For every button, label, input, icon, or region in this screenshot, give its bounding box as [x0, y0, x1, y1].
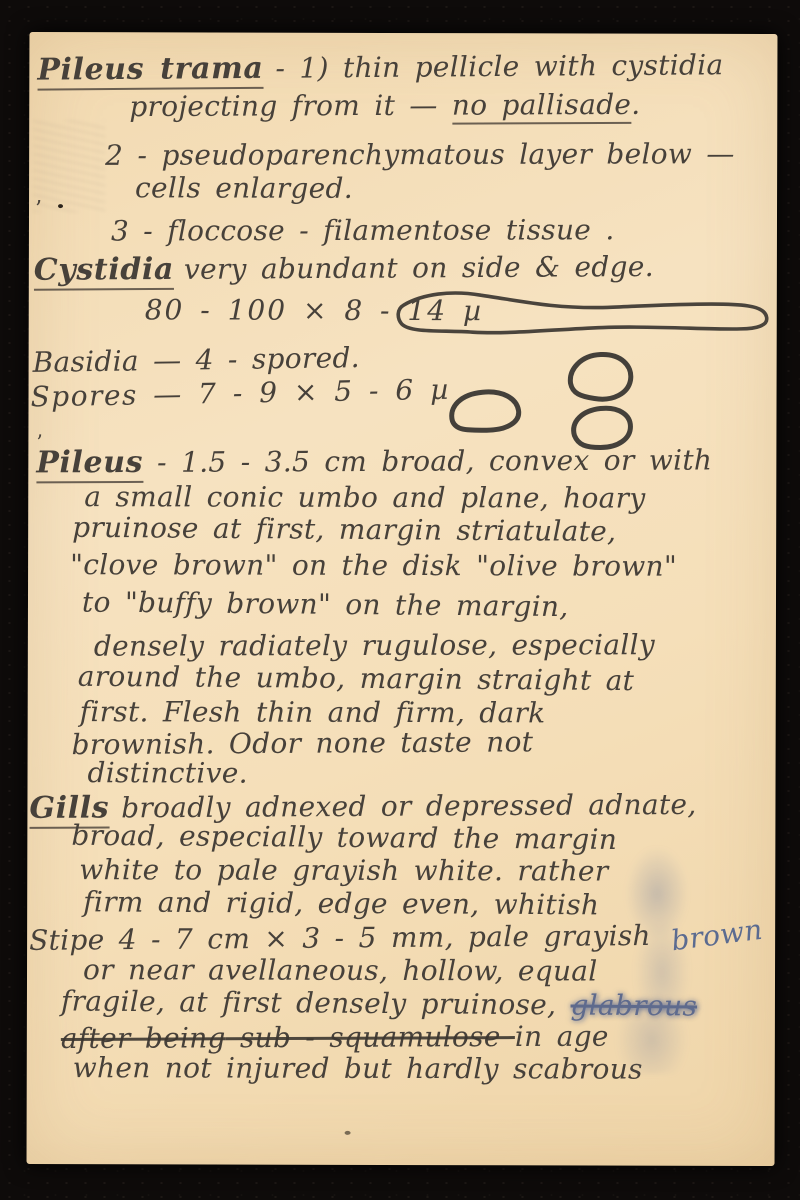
pileus-line-6-text: densely radiately rugulose, especially: [94, 628, 655, 662]
pileus-line-8: first. Flesh thin and firm, dark: [80, 696, 546, 729]
pileus-line-1: - 1.5 - 3.5 cm broad, convex or with: [157, 443, 712, 478]
gills-line-3: white to pale grayish white. rather: [79, 854, 608, 888]
pileus-line-7: around the umbo, margin straight at: [78, 661, 635, 698]
pileus-line-7-text: around the umbo, margin straight at: [78, 660, 635, 697]
cystidia-heading-line: Cystidiavery abundant on side & edge.: [34, 250, 654, 288]
pileus-trama-heading-line: Pileus trama- 1) thin pellicle with cyst…: [37, 48, 723, 88]
stipe-line-3-text: fragile, at first densely pruinose,: [61, 984, 571, 1021]
stray-pencil-mark: ’: [35, 197, 42, 222]
floccose-text: 3 - floccose - filamentose tissue .: [111, 213, 615, 247]
stipe-line-2: or near avellaneous, hollow, equal: [83, 954, 598, 988]
ink-bleed-ghost: [33, 120, 105, 212]
pileus-heading-line: Pileus- 1.5 - 3.5 cm broad, convex or wi…: [36, 443, 712, 480]
stipe-line-2-text: or near avellaneous, hollow, equal: [83, 953, 598, 987]
paper-fleck: [58, 204, 63, 208]
period: .: [631, 88, 640, 121]
pileus-line-5-text: to "buffy brown" on the margin,: [82, 585, 569, 623]
photographed-notecard-scan: Pileus trama- 1) thin pellicle with cyst…: [0, 0, 800, 1200]
pileus-line-3-text: pruinose at first, margin striatulate,: [72, 511, 616, 548]
spore-sketches: [440, 341, 652, 460]
stipe-line-1: Stipe 4 - 7 cm × 3 - 5 mm, pale grayish …: [29, 919, 763, 957]
spores-text: Spores — 7 - 9 × 5 - 6 µ: [30, 373, 450, 414]
pseudoparenchymatous-text: 2 - pseudoparenchymatous layer below —: [105, 137, 735, 172]
water-stain: [607, 849, 708, 1074]
pileus-trama-line-3: 2 - pseudoparenchymatous layer below —: [105, 138, 735, 172]
pileus-trama-heading: Pileus trama: [37, 51, 263, 91]
pileus-line-5: to "buffy brown" on the margin,: [82, 586, 569, 623]
no-pallisade-underlined: no pallisade: [452, 88, 632, 125]
gills-line-3-text: white to pale grayish white. rather: [79, 853, 608, 887]
blue-pencil-word-brown: brown: [669, 914, 764, 958]
cystidia-heading: Cystidia: [34, 252, 174, 291]
crossed-out-sub-squamulose: sub - squamulose: [226, 1020, 515, 1054]
pileus-trama-line-1: - 1) thin pellicle with cystidia: [275, 48, 723, 85]
stray-pencil-mark: ’: [36, 430, 42, 454]
pileus-line-3: pruinose at first, margin striatulate,: [72, 512, 616, 548]
pileus-trama-line-2-text: projecting from it —: [129, 89, 452, 123]
cystidia-line-1: very abundant on side & edge.: [184, 250, 654, 286]
in-age-text: in age: [515, 1020, 609, 1053]
pileus-trama-line-2: projecting from it — no pallisade.: [129, 89, 640, 123]
spores-line: Spores — 7 - 9 × 5 - 6 µ: [30, 374, 450, 414]
stipe-dimensions-text: Stipe 4 - 7 cm × 3 - 5 mm, pale grayish: [29, 919, 665, 957]
crossed-out-glabrous: glabrous: [570, 988, 697, 1022]
pileus-line-8-text: first. Flesh thin and firm, dark: [80, 695, 546, 729]
gills-line-2: broad, especially toward the margin: [71, 820, 617, 856]
pileus-trama-line-5: 3 - floccose - filamentose tissue .: [111, 214, 615, 248]
pileus-line-6: densely radiately rugulose, especially: [94, 629, 655, 663]
basidia-line: Basidia — 4 - spored.: [32, 342, 360, 379]
pileus-line-4-text: "clove brown" on the disk "olive brown": [70, 548, 677, 583]
stipe-line-4: after being sub - squamulose in age: [61, 1021, 609, 1056]
cystidium-sketch: [391, 287, 775, 346]
pileus-line-10-text: distinctive.: [88, 756, 248, 789]
gills-line-2-text: broad, especially toward the margin: [71, 819, 617, 856]
handwritten-note-card: Pileus trama- 1) thin pellicle with cyst…: [27, 32, 778, 1166]
gills-line-4: firm and rigid, edge even, whitish: [83, 886, 599, 921]
gills-line-4-text: firm and rigid, edge even, whitish: [83, 885, 599, 921]
stipe-line-5: when not injured but hardly scabrous: [73, 1052, 643, 1086]
pileus-line-2: a small conic umbo and plane, hoary: [84, 481, 645, 515]
pileus-line-10: distinctive.: [88, 757, 248, 790]
paper-fleck: [345, 1131, 351, 1135]
cells-enlarged-text: cells enlarged.: [135, 171, 353, 205]
pileus-heading: Pileus: [36, 445, 143, 483]
crossed-out-after-being: after being: [61, 1021, 226, 1055]
pileus-line-2-text: a small conic umbo and plane, hoary: [84, 480, 645, 514]
pileus-trama-line-4: cells enlarged.: [135, 172, 353, 205]
basidia-text: Basidia — 4 - spored.: [32, 341, 360, 379]
pileus-line-4: "clove brown" on the disk "olive brown": [70, 549, 677, 583]
stipe-line-3: fragile, at first densely pruinose, glab…: [61, 985, 697, 1022]
stipe-line-5-text: when not injured but hardly scabrous: [73, 1051, 643, 1085]
